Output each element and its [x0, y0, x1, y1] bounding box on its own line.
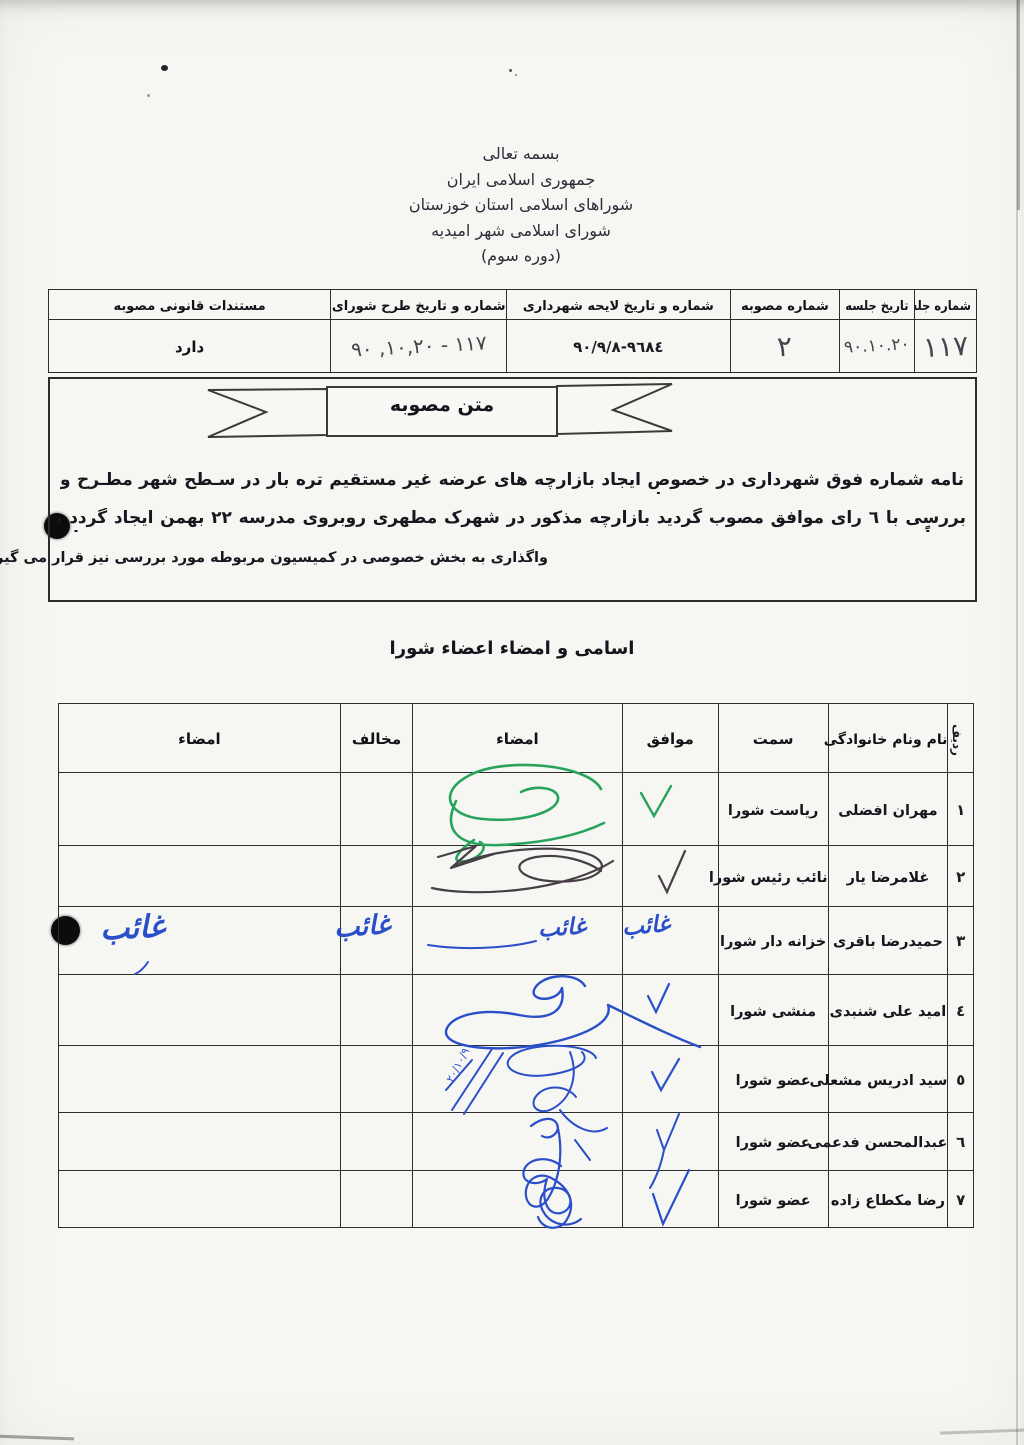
- agree-cell: [622, 907, 718, 975]
- header-session-number: شماره جلسه: [914, 290, 976, 320]
- letterhead: بسمه تعالی جمهوری اسلامی ایران شوراهای ا…: [330, 141, 712, 269]
- header-legal-docs: مستندات قانونی مصوبه: [49, 290, 331, 320]
- resolution-banner-title: متن مصوبه: [340, 394, 544, 416]
- scanned-document-page: بسمه تعالی جمهوری اسلامی ایران شوراهای ا…: [0, 0, 1024, 1445]
- header-session-date: تاریخ جلسه: [839, 290, 914, 320]
- header-signature-agree: امضاء: [413, 704, 623, 773]
- session-info-table: شماره جلسه تاریخ جلسه شماره مصوبه شماره …: [48, 289, 977, 373]
- member-row-4: ٤ امید علی شنبدی منشی شورا: [59, 975, 974, 1046]
- signature-cell: [413, 975, 623, 1046]
- ink-speck: [515, 74, 517, 76]
- member-row-7: ٧ رضا مکطاع زاده عضو شورا: [59, 1171, 974, 1228]
- resolution-line-2: بررسی با ٦ رای موافق مصوب گردید بازارچه …: [56, 508, 966, 532]
- signature-cell: [413, 1046, 623, 1113]
- members-signature-table: ردیف نام ونام خانوادگی سمت موافق امضاء م…: [58, 703, 974, 1228]
- letterhead-line-term: (دوره سوم): [330, 243, 712, 269]
- signature-cell: [413, 907, 623, 975]
- header-position: سمت: [718, 704, 828, 773]
- header-oppose: مخالف: [340, 704, 412, 773]
- header-full-name: نام ونام خانوادگی: [828, 704, 948, 773]
- agree-cell: [622, 846, 718, 907]
- members-section-title: اسامی و امضاء اعضاء شورا: [312, 638, 712, 659]
- signature-cell: [413, 1113, 623, 1171]
- scan-edge-right: [1016, 0, 1018, 1445]
- agree-cell: [622, 975, 718, 1046]
- scan-corner-bottom-right: [940, 1428, 1024, 1434]
- resolution-line-1: نامه شماره فوق شهرداری در خصوص ایجاد باز…: [60, 470, 964, 494]
- signature-cell: [413, 773, 623, 846]
- ribbon-right-tail: [557, 384, 672, 434]
- agree-cell: [622, 1171, 718, 1228]
- scan-corner-bottom-left: [0, 1435, 74, 1441]
- member-row-1: ١ مهران افضلی ریاست شورا: [59, 773, 974, 846]
- value-resolution-number: ٢: [731, 320, 840, 373]
- value-session-date: ٩٠.١٠.٢٠: [839, 320, 914, 373]
- agree-cell: [622, 1046, 718, 1113]
- header-resolution-number: شماره مصوبه: [731, 290, 840, 320]
- value-municipality-bill: ٩٠/٩/٨-٩٦٨٤: [506, 320, 731, 373]
- letterhead-line-city-council: شورای اسلامی شهر امیدیه: [330, 218, 712, 244]
- ribbon-left-tail: [208, 389, 327, 437]
- agree-cell: [622, 773, 718, 846]
- agree-cell: [622, 1113, 718, 1171]
- letterhead-line-province-councils: شوراهای اسلامی استان خوزستان: [330, 192, 712, 218]
- member-row-5: ٥ سید ادریس مشعلی عضو شورا: [59, 1046, 974, 1113]
- member-row-2: ٢ غلامرضا یار نائب رئیس شورا: [59, 846, 974, 907]
- value-session-number: ١١٧: [914, 320, 976, 373]
- letterhead-line-republic: جمهوری اسلامی ایران: [330, 167, 712, 193]
- letterhead-line-bismillah: بسمه تعالی: [330, 141, 712, 167]
- ink-speck: [509, 69, 512, 72]
- value-legal-docs: دارد: [49, 320, 331, 373]
- value-council-plan: ٩٠ ,١٠,٢٠ - ١١٧: [331, 320, 506, 373]
- header-agree: موافق: [622, 704, 718, 773]
- ink-speck: [147, 94, 150, 97]
- header-council-plan: شماره و تاریخ طرح شورای اسلامی: [331, 290, 506, 320]
- header-row-number: ردیف: [948, 704, 974, 773]
- ink-speck: [161, 65, 168, 71]
- member-row-3: ٣ حمیدرضا باقری خزانه دار شورا: [59, 907, 974, 975]
- header-municipality-bill: شماره و تاریخ لایحه شهرداری: [506, 290, 731, 320]
- scan-edge-right-top: [1017, 0, 1020, 210]
- resolution-line-3: واگذاری به بخش خصوصی در کمیسیون مربوطه م…: [152, 550, 548, 566]
- header-signature-oppose: امضاء: [59, 704, 341, 773]
- member-row-6: ٦ عبدالمحسن فدعمی عضو شورا: [59, 1113, 974, 1171]
- signature-cell: [413, 846, 623, 907]
- signature-cell: [413, 1171, 623, 1228]
